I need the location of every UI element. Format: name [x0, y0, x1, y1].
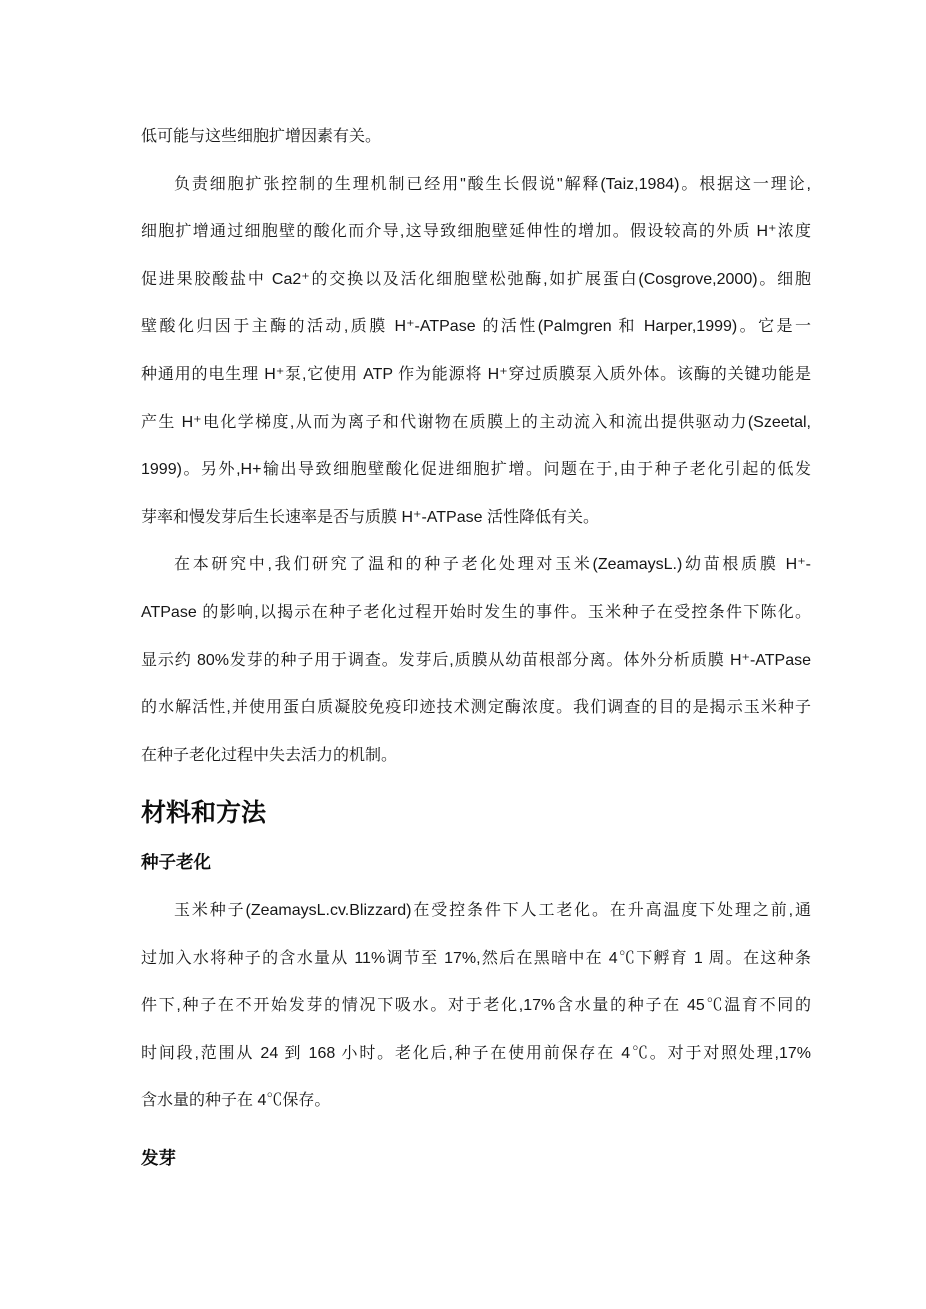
text-line: 含水量的种子在 4℃保存。	[141, 1077, 811, 1125]
text-line: 过加入水将种子的含水量从 11%调节至 17%,然后在黑暗中在 4℃下孵育 1 …	[141, 935, 811, 983]
paragraph-study-overview: 在本研究中,我们研究了温和的种子老化处理对玉米(ZeamaysL.)幼苗根质膜 …	[141, 541, 811, 779]
text-line: 负责细胞扩张控制的生理机制已经用"酸生长假说"解释(Taiz,1984)。根据这…	[141, 161, 811, 209]
text-line: 产生 H⁺电化学梯度,从而为离子和代谢物在质膜上的主动流入和流出提供驱动力(Sz…	[141, 399, 811, 447]
section-heading-materials-and-methods: 材料和方法	[141, 787, 811, 839]
subsection-heading-germination: 发芽	[141, 1135, 811, 1183]
paragraph-continuation: 低可能与这些细胞扩增因素有关。	[141, 113, 811, 161]
text-line: 低可能与这些细胞扩增因素有关。	[141, 113, 811, 161]
text-line: 壁酸化归因于主酶的活动,质膜 H⁺-ATPase 的活性(Palmgren 和 …	[141, 303, 811, 351]
text-line: 在本研究中,我们研究了温和的种子老化处理对玉米(ZeamaysL.)幼苗根质膜 …	[141, 541, 811, 589]
text-line: 促进果胶酸盐中 Ca2⁺的交换以及活化细胞壁松弛酶,如扩展蛋白(Cosgrove…	[141, 256, 811, 304]
text-line: 1999)。另外,H+输出导致细胞壁酸化促进细胞扩增。问题在于,由于种子老化引起…	[141, 446, 811, 494]
document-page: 低可能与这些细胞扩增因素有关。 负责细胞扩张控制的生理机制已经用"酸生长假说"解…	[0, 0, 926, 1309]
text-line: 件下,种子在不开始发芽的情况下吸水。对于老化,17%含水量的种子在 45℃温育不…	[141, 982, 811, 1030]
text-line: 种通用的电生理 H⁺泵,它使用 ATP 作为能源将 H⁺穿过质膜泵入质外体。该酶…	[141, 351, 811, 399]
document-content: 低可能与这些细胞扩增因素有关。 负责细胞扩张控制的生理机制已经用"酸生长假说"解…	[141, 113, 811, 1182]
paragraph-seed-aging-method: 玉米种子(ZeamaysL.cv.Blizzard)在受控条件下人工老化。在升高…	[141, 887, 811, 1125]
text-line: 在种子老化过程中失去活力的机制。	[141, 732, 811, 780]
paragraph-acid-growth-hypothesis: 负责细胞扩张控制的生理机制已经用"酸生长假说"解释(Taiz,1984)。根据这…	[141, 161, 811, 542]
subsection-heading-seed-aging: 种子老化	[141, 839, 811, 887]
text-line: 时间段,范围从 24 到 168 小时。老化后,种子在使用前保存在 4℃。对于对…	[141, 1030, 811, 1078]
text-line: 的水解活性,并使用蛋白质凝胶免疫印迹技术测定酶浓度。我们调查的目的是揭示玉米种子	[141, 684, 811, 732]
text-line: 芽率和慢发芽后生长速率是否与质膜 H⁺-ATPase 活性降低有关。	[141, 494, 811, 542]
text-line: 显示约 80%发芽的种子用于调查。发芽后,质膜从幼苗根部分离。体外分析质膜 H⁺…	[141, 637, 811, 685]
text-line: ATPase 的影响,以揭示在种子老化过程开始时发生的事件。玉米种子在受控条件下…	[141, 589, 811, 637]
text-line: 玉米种子(ZeamaysL.cv.Blizzard)在受控条件下人工老化。在升高…	[141, 887, 811, 935]
text-line: 细胞扩增通过细胞壁的酸化而介导,这导致细胞壁延伸性的增加。假设较高的外质 H⁺浓…	[141, 208, 811, 256]
